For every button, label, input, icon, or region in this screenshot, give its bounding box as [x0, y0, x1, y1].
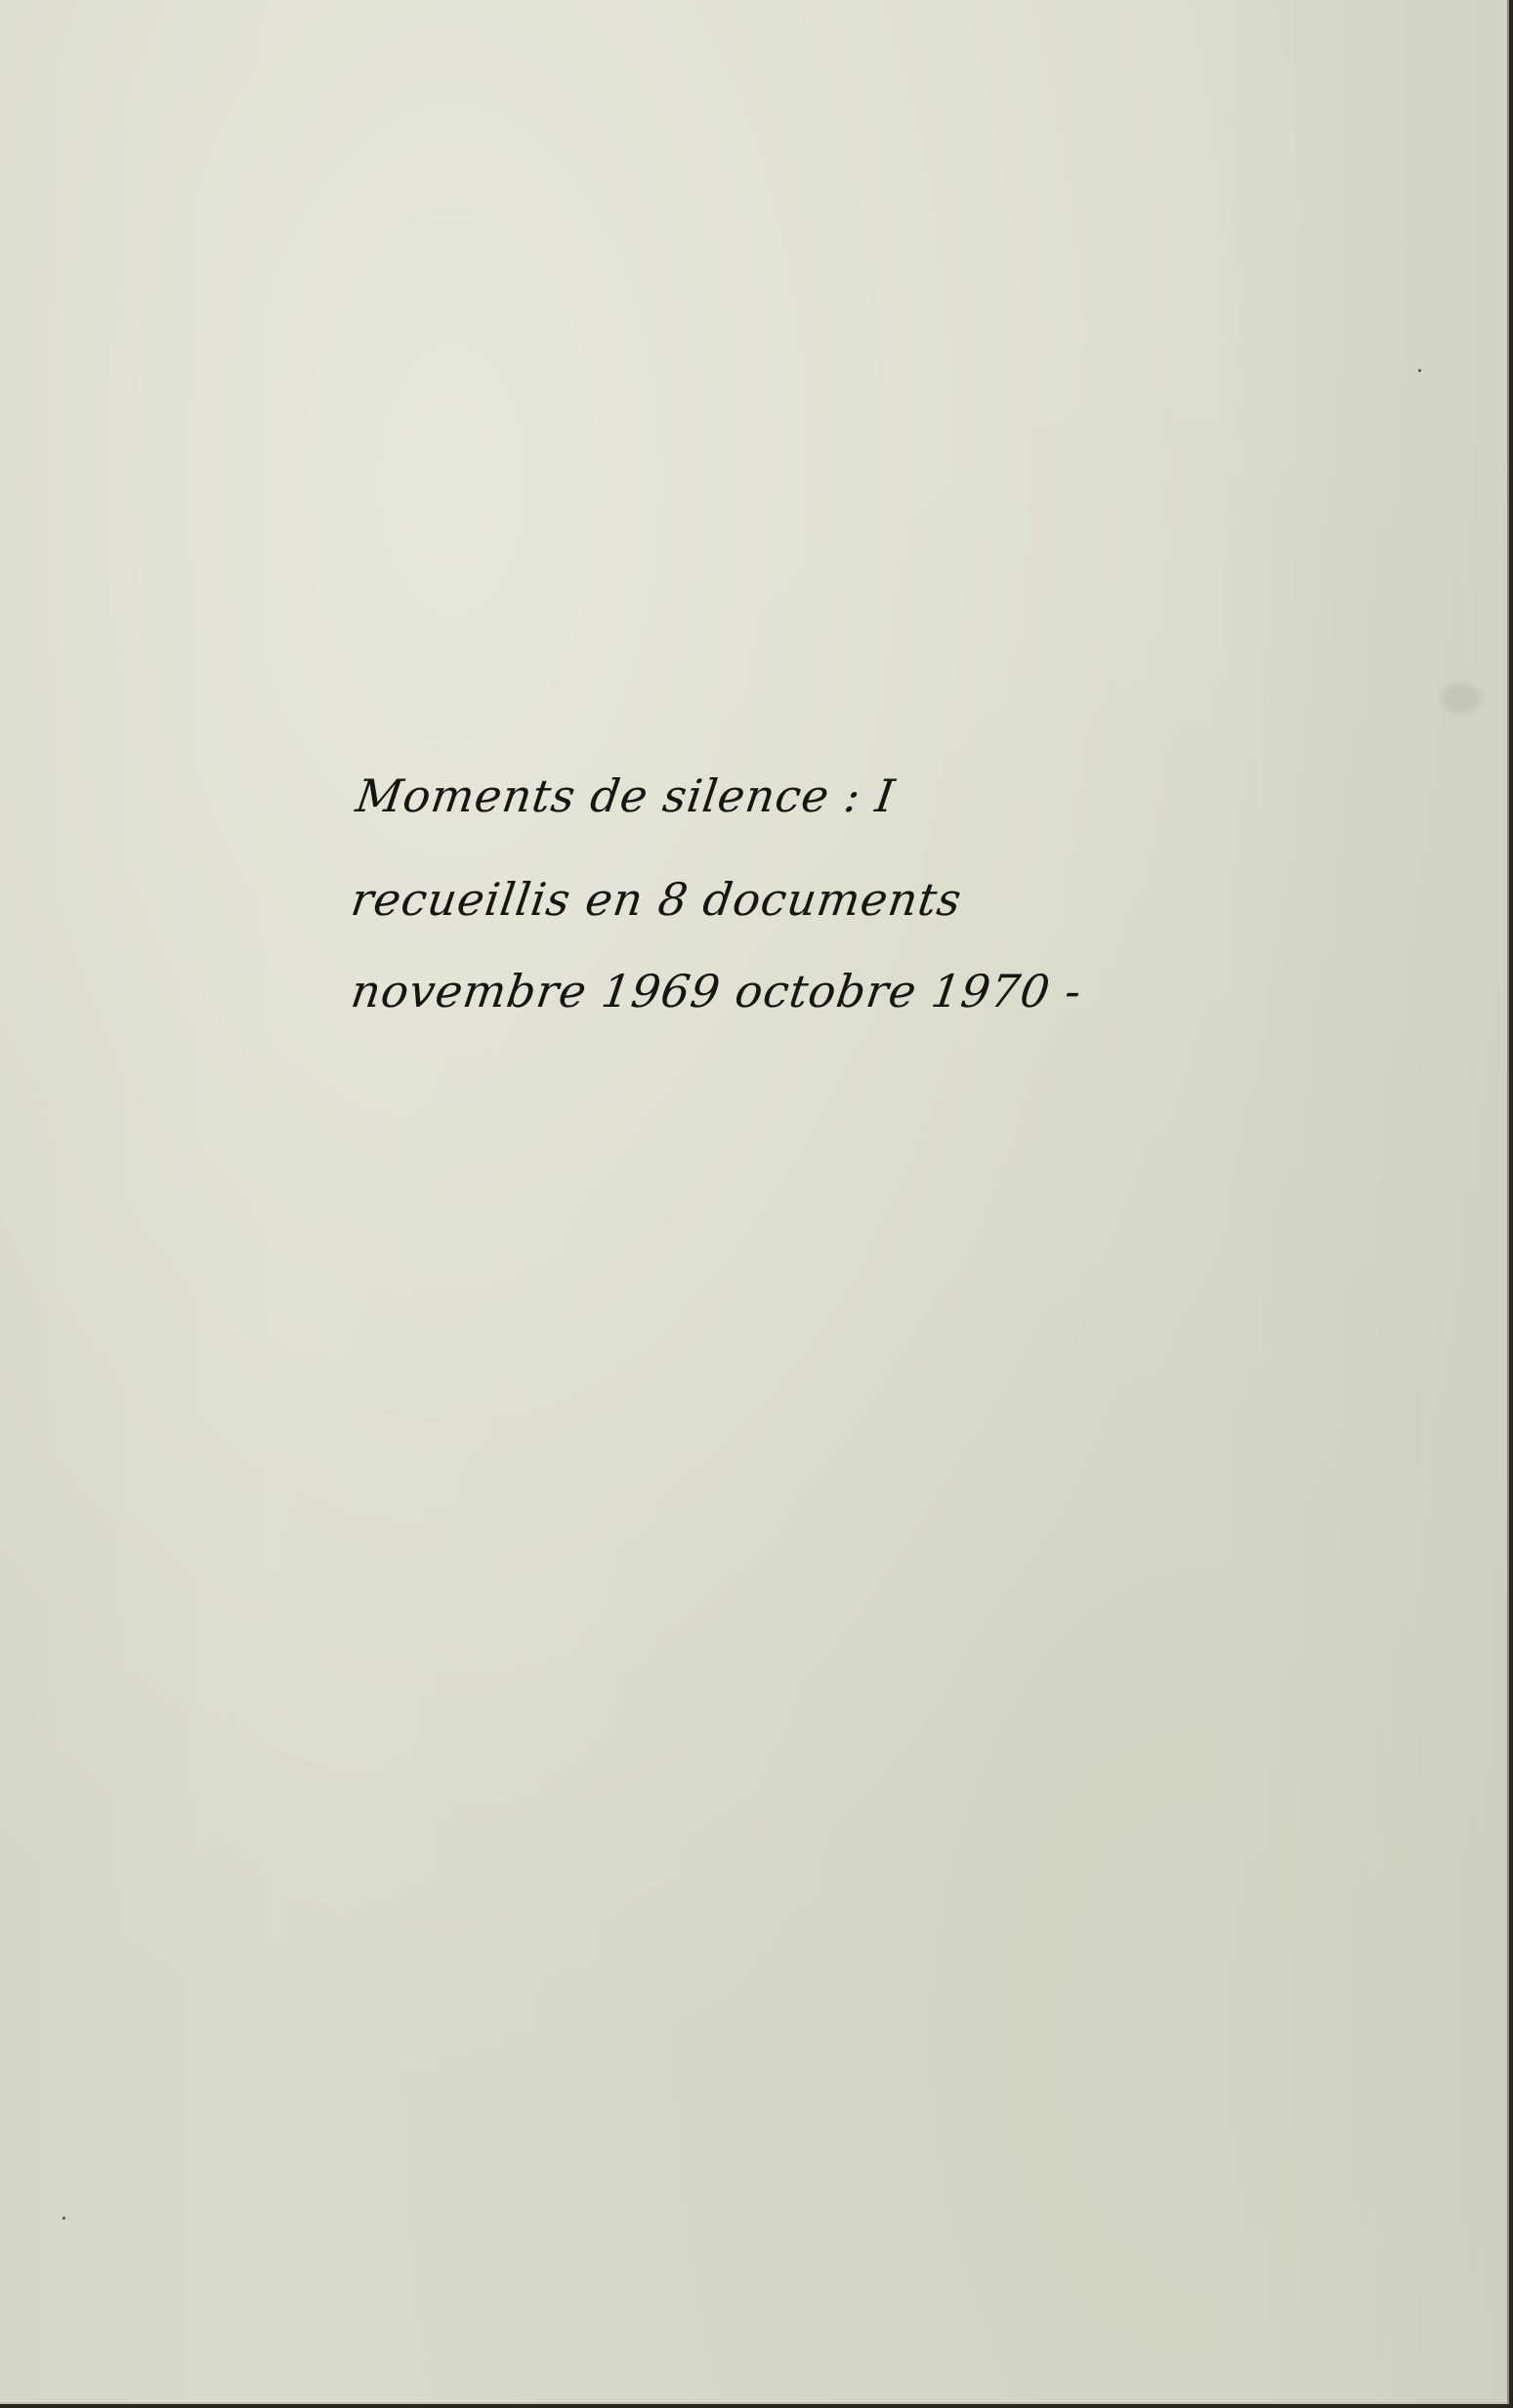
paper-speck — [1418, 369, 1421, 372]
paper-smudge — [1441, 684, 1480, 713]
inscription-title-line: Moments de silence : I — [354, 773, 899, 818]
inscription-date-line: novembre 1969 octobre 1970 - — [349, 969, 1085, 1014]
inscription-collection-line: recueillis en 8 documents — [349, 877, 965, 922]
paper-speck — [63, 2217, 65, 2220]
document-page: Moments de silence : I recueillis en 8 d… — [0, 0, 1509, 2404]
